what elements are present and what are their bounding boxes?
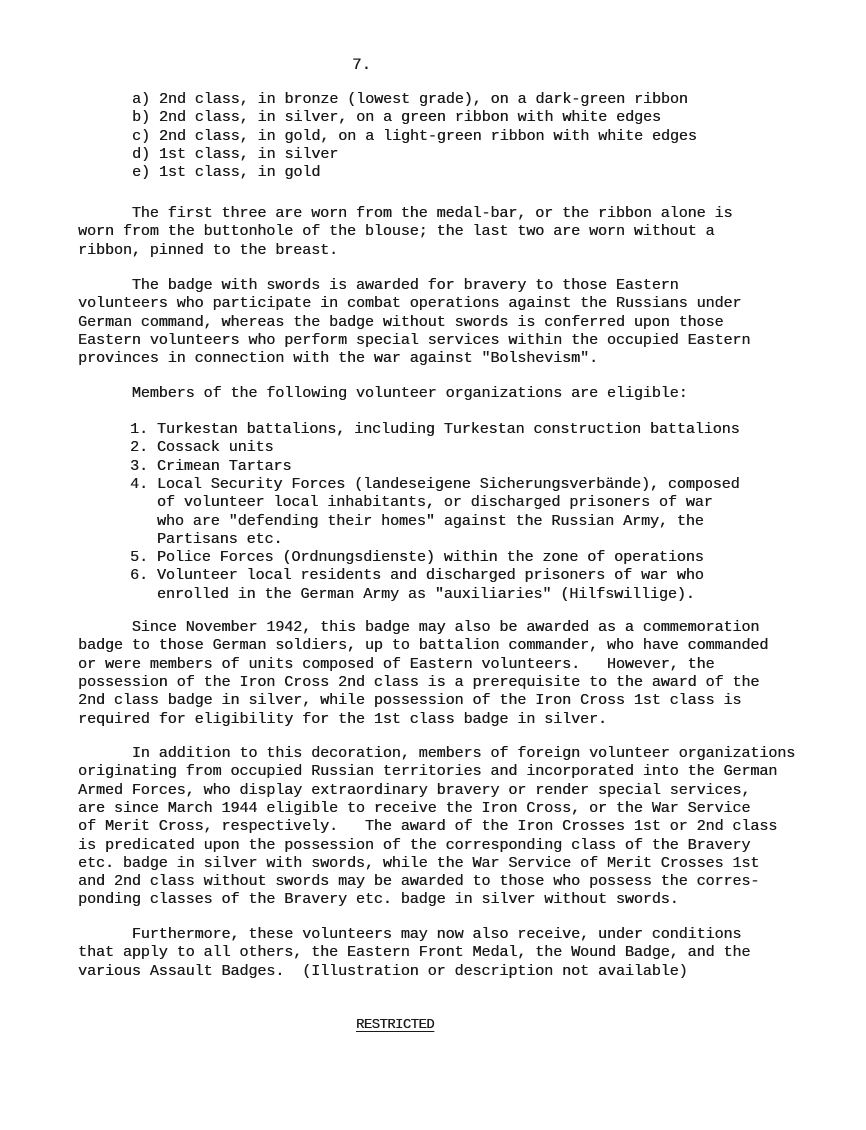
paragraph-commemoration-line: required for eligibility for the 1st cla… <box>78 710 607 728</box>
paragraph-furthermore-line: that apply to all others, the Eastern Fr… <box>78 943 750 961</box>
paragraph-swords-line: provinces in connection with the war aga… <box>78 349 598 367</box>
eligible-org-line: 2. Cossack units <box>130 438 273 456</box>
grade-list-item: b) 2nd class, in silver, on a green ribb… <box>132 108 661 126</box>
eligible-org-line: 4. Local Security Forces (landeseigene S… <box>130 475 740 493</box>
grade-list-item: d) 1st class, in silver <box>132 145 338 163</box>
grade-list-item: a) 2nd class, in bronze (lowest grade), … <box>132 90 688 108</box>
eligible-org-line: Partisans etc. <box>130 530 282 548</box>
paragraph-commemoration-line: badge to those German soldiers, up to ba… <box>78 636 768 654</box>
eligible-org-line: 6. Volunteer local residents and dischar… <box>130 566 704 584</box>
paragraph-swords-line: German command, whereas the badge withou… <box>78 313 723 331</box>
paragraph-wearing-line: ribbon, pinned to the breast. <box>78 241 338 259</box>
grade-list-item: c) 2nd class, in gold, on a light-green … <box>132 127 697 145</box>
paragraph-iron-cross-line: and 2nd class without swords may be awar… <box>78 872 759 890</box>
paragraph-iron-cross-line: is predicated upon the possession of the… <box>78 836 750 854</box>
paragraph-iron-cross-line: ponding classes of the Bravery etc. badg… <box>78 890 679 908</box>
paragraph-furthermore-line: Furthermore, these volunteers may now al… <box>78 925 741 943</box>
eligible-org-line: of volunteer local inhabitants, or disch… <box>130 493 713 511</box>
classification-footer: RESTRICTED <box>356 1016 434 1034</box>
paragraph-furthermore-line: various Assault Badges. (Illustration or… <box>78 962 688 980</box>
paragraph-swords-line: The badge with swords is awarded for bra… <box>78 276 679 294</box>
eligible-org-line: 5. Police Forces (Ordnungsdienste) withi… <box>130 548 704 566</box>
eligible-org-line: 1. Turkestan battalions, including Turke… <box>130 420 740 438</box>
paragraph-commemoration-line: possession of the Iron Cross 2nd class i… <box>78 673 759 691</box>
paragraph-swords-line: volunteers who participate in combat ope… <box>78 294 741 312</box>
paragraph-commemoration-line: 2nd class badge in silver, while possess… <box>78 691 741 709</box>
paragraph-commemoration-line: or were members of units composed of Eas… <box>78 655 714 673</box>
paragraph-iron-cross-line: Armed Forces, who display extraordinary … <box>78 781 750 799</box>
paragraph-iron-cross-line: of Merit Cross, respectively. The award … <box>78 817 777 835</box>
eligibility-intro: Members of the following volunteer organ… <box>78 384 688 402</box>
document-page: 7. a) 2nd class, in bronze (lowest grade… <box>0 0 866 1130</box>
grade-list-item: e) 1st class, in gold <box>132 163 320 181</box>
paragraph-iron-cross-line: In addition to this decoration, members … <box>78 744 795 762</box>
paragraph-iron-cross-line: etc. badge in silver with swords, while … <box>78 854 759 872</box>
eligible-org-line: 3. Crimean Tartars <box>130 457 291 475</box>
paragraph-wearing-line: The first three are worn from the medal-… <box>78 204 732 222</box>
page-number: 7. <box>352 56 371 74</box>
eligible-org-line: who are "defending their homes" against … <box>130 512 704 530</box>
eligible-org-line: enrolled in the German Army as "auxiliar… <box>130 585 695 603</box>
paragraph-iron-cross-line: are since March 1944 eligible to receive… <box>78 799 750 817</box>
paragraph-commemoration-line: Since November 1942, this badge may also… <box>78 618 759 636</box>
paragraph-iron-cross-line: originating from occupied Russian territ… <box>78 762 777 780</box>
paragraph-wearing-line: worn from the buttonhole of the blouse; … <box>78 222 714 240</box>
paragraph-swords-line: Eastern volunteers who perform special s… <box>78 331 750 349</box>
